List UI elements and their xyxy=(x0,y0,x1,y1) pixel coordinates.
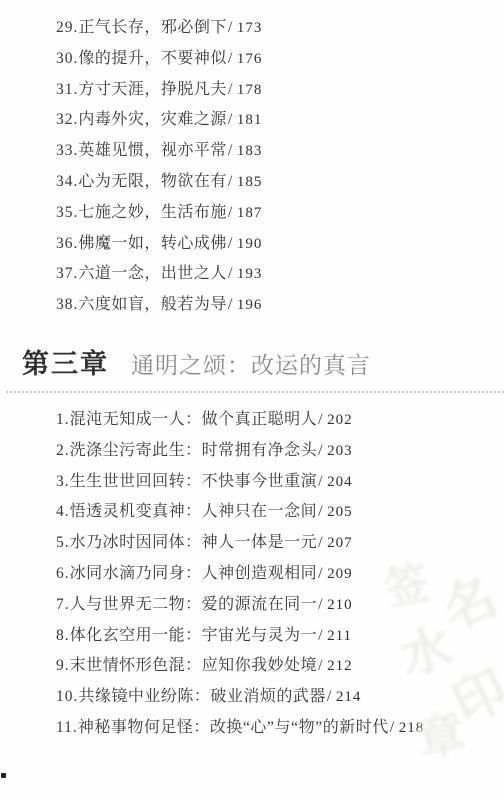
toc-entry-separator: / xyxy=(228,81,233,98)
toc-entry-page: 210 xyxy=(327,597,353,613)
toc-entry-title: 人与世界无二物：爱的源流在同一 xyxy=(70,596,318,613)
toc-entry-page: 218 xyxy=(399,720,425,736)
toc-entry-title: 生生世世回回转：不快事今世重演 xyxy=(70,473,318,490)
toc-entry-page: 176 xyxy=(237,51,263,67)
toc-entry-number: 33. xyxy=(56,142,78,159)
toc-entry-number: 2. xyxy=(56,442,70,459)
toc-entry-title: 六道一念，出世之人 xyxy=(78,265,227,282)
toc-entry-title: 心为无限，物欲在有 xyxy=(78,173,227,190)
toc-entry[interactable]: 10.共缘镜中业纷陈：破业消烦的武器/214 xyxy=(56,682,424,713)
toc-entry[interactable]: 33.英雄见惯，视亦平常/183 xyxy=(56,136,262,167)
toc-entry[interactable]: 36.佛魔一如，转心成佛/190 xyxy=(56,229,262,260)
toc-entry-number: 5. xyxy=(56,534,70,551)
toc-entry-separator: / xyxy=(318,473,323,490)
toc-entry[interactable]: 6.冰同水滴乃同身：人神创造观相同/209 xyxy=(56,559,424,590)
toc-entry[interactable]: 8.体化玄空用一能：宇宙光与灵为一/211 xyxy=(56,621,424,652)
toc-entry-page: 178 xyxy=(237,82,263,98)
toc-entry-number: 32. xyxy=(56,111,78,128)
toc-entry-number: 11. xyxy=(56,719,78,736)
toc-entry-title: 洗涤尘污寄此生：时常拥有净念头 xyxy=(70,442,318,459)
toc-entry-title: 神秘事物何足怪：改换“心”与“物”的新时代 xyxy=(78,719,389,736)
toc-entry[interactable]: 2.洗涤尘污寄此生：时常拥有净念头/203 xyxy=(56,436,424,467)
watermark-glyph: 名 xyxy=(430,555,504,644)
toc-entry-page: 185 xyxy=(237,174,263,190)
toc-entry-separator: / xyxy=(318,596,323,613)
toc-entry-number: 30. xyxy=(56,50,78,67)
toc-entry-page: 173 xyxy=(237,20,263,36)
toc-entry-title: 水乃冰时因同体：神人一体是一元 xyxy=(70,534,318,551)
toc-entry-number: 35. xyxy=(56,204,78,221)
toc-entry-page: 209 xyxy=(327,566,353,582)
toc-entry-number: 10. xyxy=(56,688,78,705)
toc-entry-number: 3. xyxy=(56,473,70,490)
toc-entry-separator: / xyxy=(228,142,233,159)
toc-entry-page: 190 xyxy=(237,236,263,252)
toc-entry-page: 183 xyxy=(237,143,263,159)
toc-entry-separator: / xyxy=(327,688,332,705)
toc-entry-page: 202 xyxy=(327,412,353,428)
toc-entry-title: 正气长存，邪必倒下 xyxy=(78,19,227,36)
toc-list-chapter2: 29.正气长存，邪必倒下/173 30.像的提升，不要神似/176 31.方寸天… xyxy=(56,13,262,321)
toc-entry[interactable]: 32.内毒外灾，灾难之源/181 xyxy=(56,105,262,136)
toc-entry-separator: / xyxy=(318,442,323,459)
toc-entry-page: 187 xyxy=(237,205,263,221)
chapter-heading: 第三章通明之颂：改运的真言 xyxy=(22,344,371,389)
toc-entry-number: 4. xyxy=(56,503,70,520)
toc-entry[interactable]: 38.六度如盲，般若为导/196 xyxy=(56,290,262,321)
chapter-number-label: 第三章 xyxy=(22,349,109,379)
chapter-title: 通明之颂：改运的真言 xyxy=(131,353,371,378)
toc-entry-page: 214 xyxy=(336,689,362,705)
toc-entry-number: 8. xyxy=(56,627,70,644)
toc-entry[interactable]: 11.神秘事物何足怪：改换“心”与“物”的新时代/218 xyxy=(56,713,424,744)
toc-entry-title: 末世情怀形色混：应知你我妙处境 xyxy=(70,657,318,674)
toc-entry-number: 36. xyxy=(56,235,78,252)
toc-entry[interactable]: 37.六道一念，出世之人/193 xyxy=(56,259,262,290)
toc-entry-separator: / xyxy=(228,235,233,252)
toc-entry-separator: / xyxy=(318,627,323,644)
toc-entry[interactable]: 5.水乃冰时因同体：神人一体是一元/207 xyxy=(56,528,424,559)
toc-entry-number: 1. xyxy=(56,411,70,428)
toc-entry[interactable]: 9.末世情怀形色混：应知你我妙处境/212 xyxy=(56,651,424,682)
toc-entry[interactable]: 35.七施之妙，生活布施/187 xyxy=(56,198,262,229)
toc-entry[interactable]: 29.正气长存，邪必倒下/173 xyxy=(56,13,262,44)
toc-entry-number: 38. xyxy=(56,296,78,313)
toc-entry-separator: / xyxy=(228,204,233,221)
toc-entry[interactable]: 30.像的提升，不要神似/176 xyxy=(56,44,262,75)
toc-entry-title: 七施之妙，生活布施 xyxy=(78,204,227,221)
toc-entry[interactable]: 4.悟透灵机变真神：人神只在一念间/205 xyxy=(56,497,424,528)
toc-entry[interactable]: 3.生生世世回回转：不快事今世重演/204 xyxy=(56,467,424,498)
watermark-glyph: 印 xyxy=(438,647,504,737)
toc-entry-separator: / xyxy=(318,534,323,551)
toc-list-chapter3: 1.混沌无知成一人：做个真正聪明人/202 2.洗涤尘污寄此生：时常拥有净念头/… xyxy=(56,405,424,744)
toc-entry-separator: / xyxy=(228,265,233,282)
toc-entry-number: 37. xyxy=(56,265,78,282)
toc-entry-number: 34. xyxy=(56,173,78,190)
toc-entry-title: 佛魔一如，转心成佛 xyxy=(78,235,227,252)
toc-entry-title: 内毒外灾，灾难之源 xyxy=(78,111,227,128)
toc-entry-number: 9. xyxy=(56,657,70,674)
toc-entry-separator: / xyxy=(318,503,323,520)
scan-artifact-dot xyxy=(1,773,6,778)
toc-entry-separator: / xyxy=(318,657,323,674)
toc-entry-page: 203 xyxy=(327,443,353,459)
toc-entry-separator: / xyxy=(228,50,233,67)
toc-entry-title: 方寸天涯，挣脱凡夫 xyxy=(78,81,227,98)
toc-entry-page: 212 xyxy=(327,658,353,674)
toc-entry-separator: / xyxy=(228,296,233,313)
toc-entry[interactable]: 7.人与世界无二物：爱的源流在同一/210 xyxy=(56,590,424,621)
toc-entry[interactable]: 34.心为无限，物欲在有/185 xyxy=(56,167,262,198)
toc-entry-page: 196 xyxy=(237,297,263,313)
toc-entry-title: 混沌无知成一人：做个真正聪明人 xyxy=(70,411,318,428)
toc-entry-title: 英雄见惯，视亦平常 xyxy=(78,142,227,159)
toc-entry-number: 7. xyxy=(56,596,70,613)
toc-entry-title: 共缘镜中业纷陈：破业消烦的武器 xyxy=(78,688,326,705)
toc-entry-page: 207 xyxy=(327,535,353,551)
toc-entry-title: 悟透灵机变真神：人神只在一念间 xyxy=(70,503,318,520)
toc-entry-title: 像的提升，不要神似 xyxy=(78,50,227,67)
toc-entry[interactable]: 1.混沌无知成一人：做个真正聪明人/202 xyxy=(56,405,424,436)
toc-entry-separator: / xyxy=(390,719,395,736)
toc-entry-number: 6. xyxy=(56,565,70,582)
dotted-divider xyxy=(6,391,504,393)
toc-entry-separator: / xyxy=(318,565,323,582)
toc-entry-separator: / xyxy=(228,173,233,190)
toc-entry-number: 29. xyxy=(56,19,78,36)
toc-entry-page: 205 xyxy=(327,504,353,520)
toc-entry[interactable]: 31.方寸天涯，挣脱凡夫/178 xyxy=(56,75,262,106)
toc-entry-title: 六度如盲，般若为导 xyxy=(78,296,227,313)
toc-entry-separator: / xyxy=(318,411,323,428)
toc-entry-number: 31. xyxy=(56,81,78,98)
toc-entry-page: 204 xyxy=(327,474,353,490)
toc-entry-title: 冰同水滴乃同身：人神创造观相同 xyxy=(70,565,318,582)
toc-entry-separator: / xyxy=(228,111,233,128)
toc-entry-page: 211 xyxy=(327,628,352,644)
toc-entry-title: 体化玄空用一能：宇宙光与灵为一 xyxy=(70,627,318,644)
toc-entry-separator: / xyxy=(228,19,233,36)
toc-entry-page: 181 xyxy=(237,112,263,128)
toc-entry-page: 193 xyxy=(237,266,263,282)
